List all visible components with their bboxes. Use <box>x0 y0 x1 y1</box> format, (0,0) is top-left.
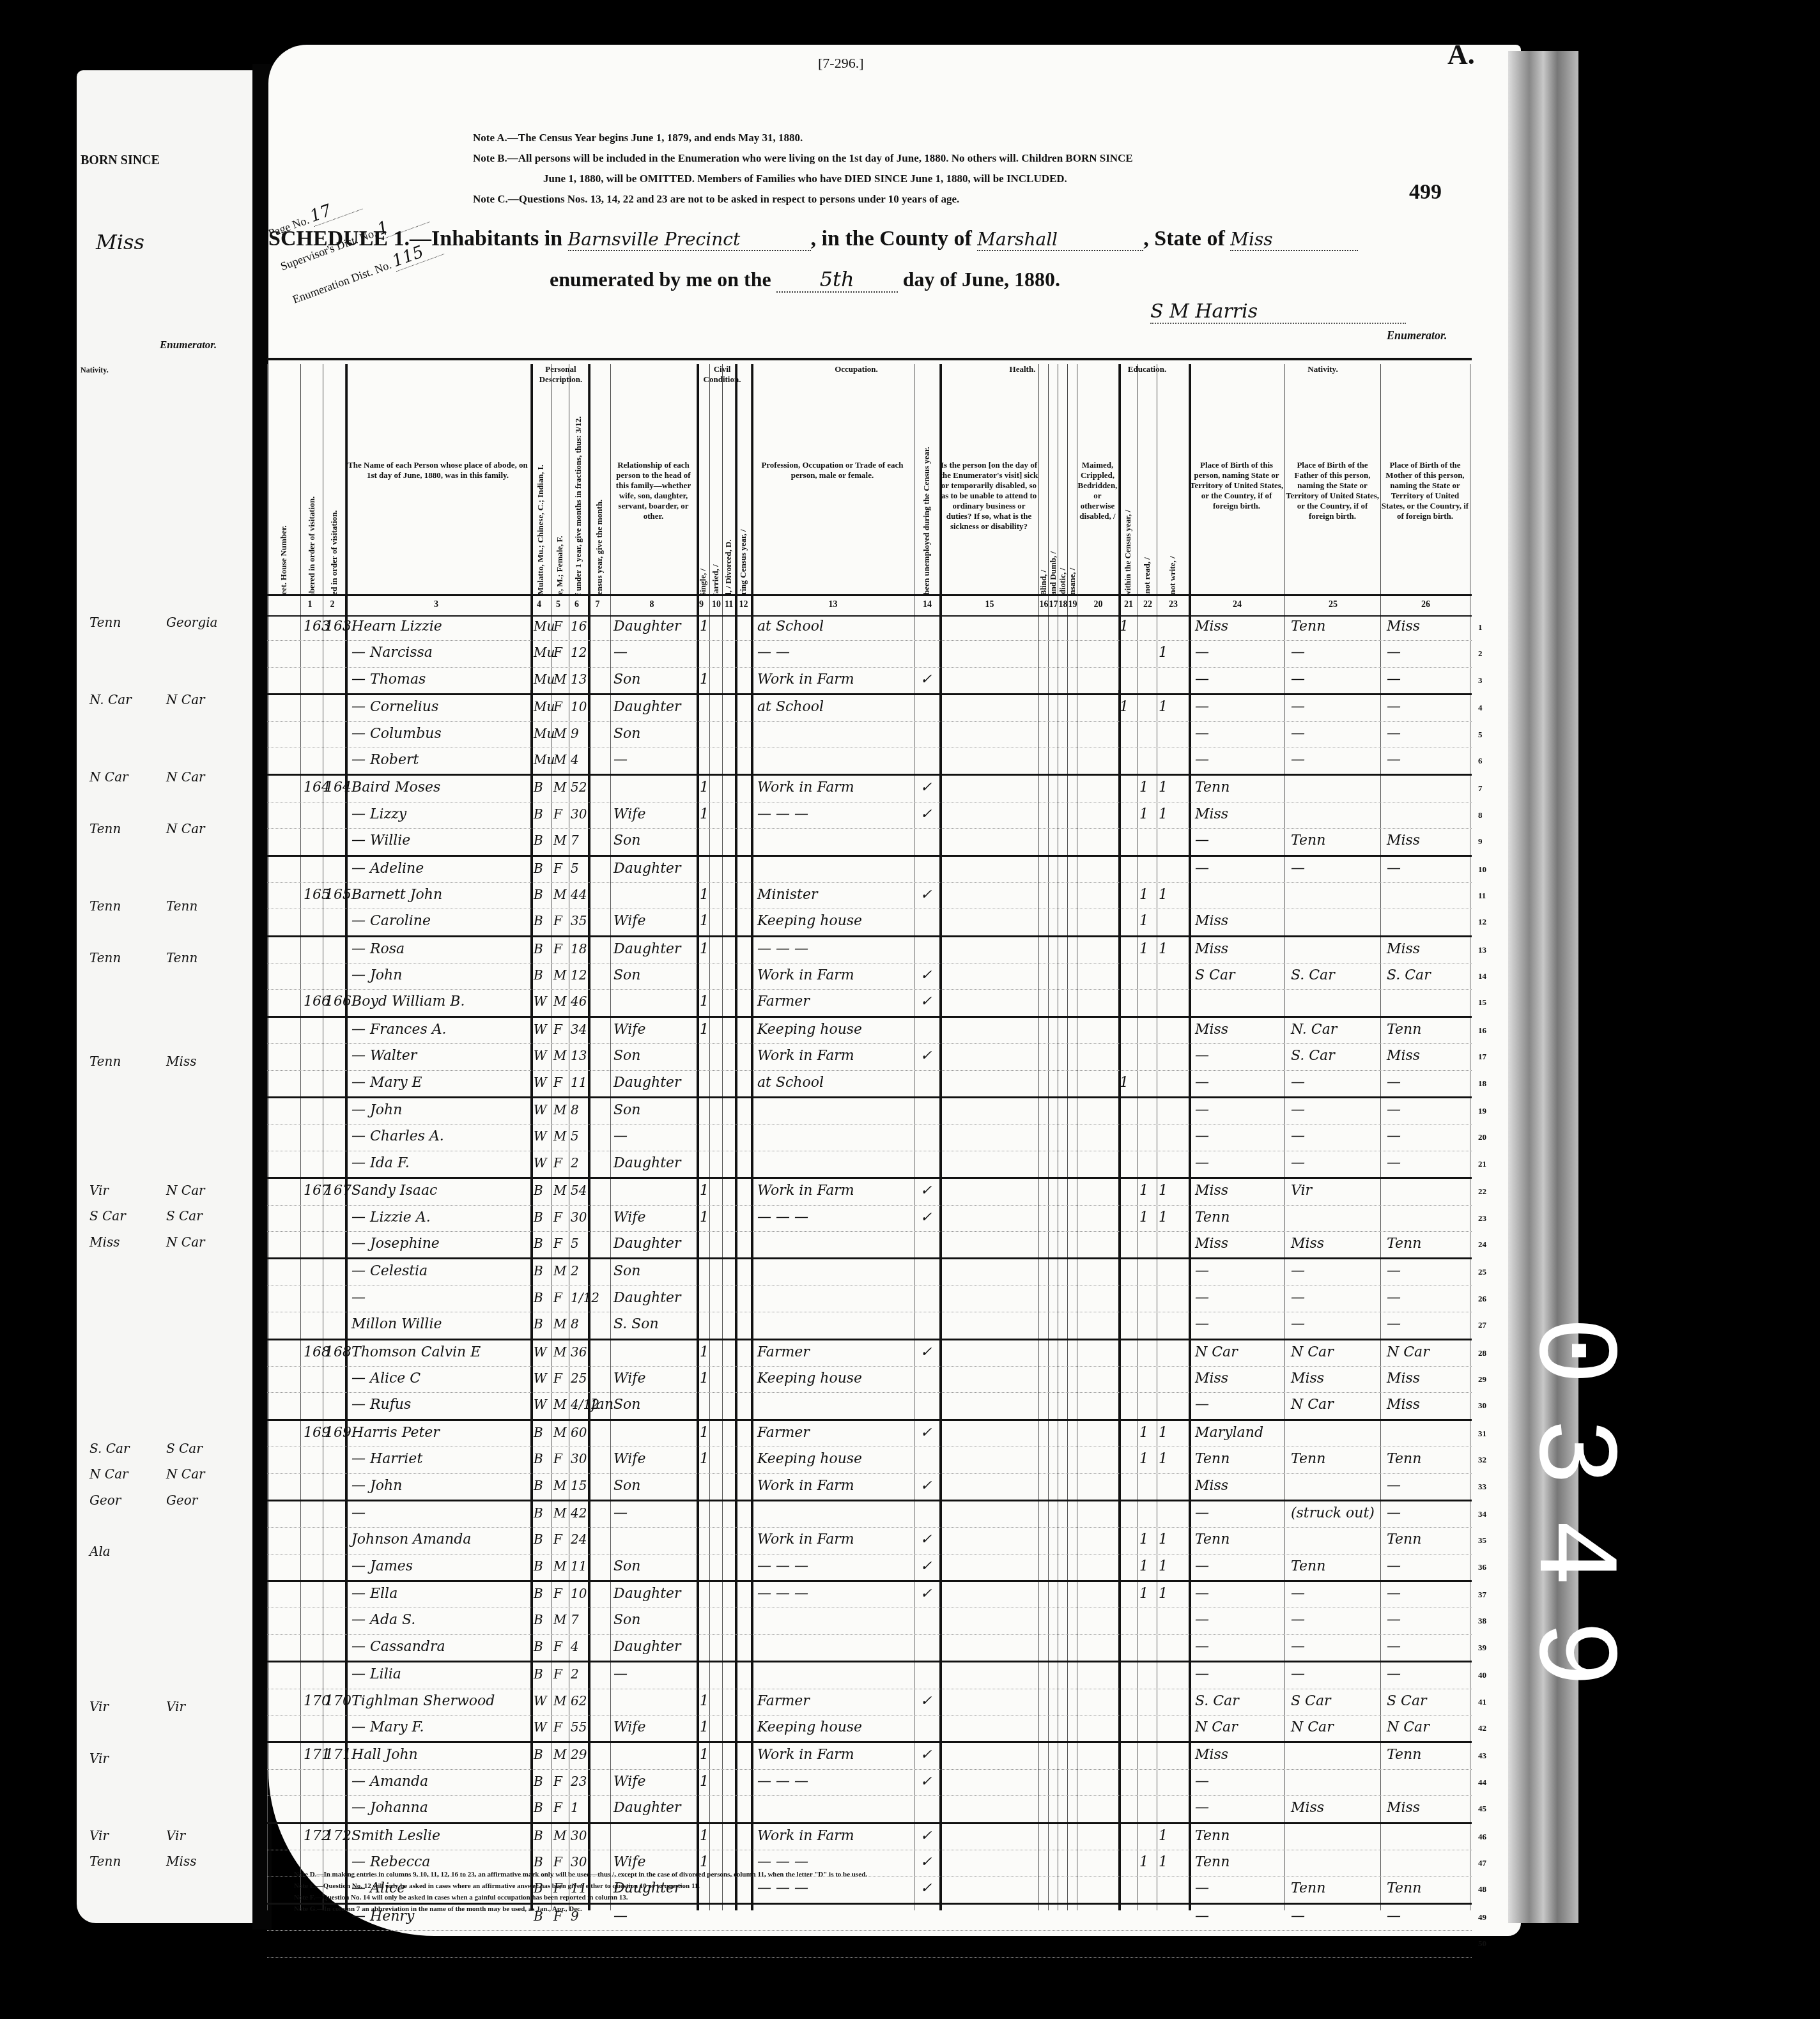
cell-father-birth: — <box>1291 1102 1305 1118</box>
left-mother-birth: Vir <box>166 1828 185 1843</box>
cell-read: 1 <box>1139 887 1148 903</box>
cell-sex: M <box>553 1128 566 1144</box>
column-number: 21 <box>1124 600 1133 610</box>
cell-mother-birth: — <box>1387 1263 1401 1279</box>
cell-father-birth: — <box>1291 645 1305 661</box>
note-b: Note B.—All persons will be included in … <box>473 148 1393 169</box>
footnotes: Note D.—In making entries in columns 9, … <box>294 1869 867 1915</box>
table-row: 50 <box>267 1931 1472 1957</box>
cell-age: 18 <box>571 941 587 956</box>
cell-age: 30 <box>571 1451 587 1466</box>
column-header-7: If born within the Census year, give the… <box>588 364 611 594</box>
cell-sex: F <box>553 645 562 660</box>
column-number: 23 <box>1169 600 1178 610</box>
cell-name: — James <box>351 1558 413 1574</box>
cell-age: 12 <box>571 967 587 983</box>
cell-name: Smith Leslie <box>351 1828 440 1844</box>
cell-mother-birth: — <box>1387 645 1401 661</box>
cell-color: B <box>534 779 543 795</box>
cell-age: 55 <box>571 1719 587 1735</box>
table-row: — Ida F.WF2Daughter———21 <box>267 1151 1472 1179</box>
cell-sex: F <box>553 1532 562 1547</box>
sheet-letter: A. <box>1447 38 1475 71</box>
cell-sex: F <box>553 1075 562 1090</box>
cell-name: — Amanda <box>351 1774 428 1790</box>
cell-school: 1 <box>1120 699 1129 715</box>
cell-relation: Wife <box>613 1451 645 1467</box>
cell-father-birth: — <box>1291 1290 1305 1306</box>
cell-mother-birth: — <box>1387 1316 1401 1332</box>
cell-sex: M <box>553 1505 566 1521</box>
line-number: 33 <box>1478 1482 1486 1492</box>
cell-read: 1 <box>1139 1425 1148 1441</box>
cell-sex: M <box>553 1747 566 1762</box>
cell-relation: Daughter <box>613 1290 681 1306</box>
cell-name: Hall John <box>351 1747 418 1763</box>
table-row: 164164Baird MosesBM521Work in Farm✓11Ten… <box>267 776 1472 802</box>
line-number: 7 <box>1478 783 1483 794</box>
left-mother-birth: N Car <box>166 692 205 707</box>
cell-name: Johnson Amanda <box>351 1532 471 1547</box>
cell-mother-birth: Tenn <box>1387 1022 1421 1038</box>
line-number: 16 <box>1478 1025 1486 1036</box>
cell-sex: F <box>553 1290 562 1305</box>
cell-birth: — <box>1195 699 1209 715</box>
column-header-street: In Cities. Street. House Number. <box>267 364 301 594</box>
cell-write: 1 <box>1159 941 1168 957</box>
cell-birth: — <box>1195 1128 1209 1144</box>
line-number: 45 <box>1478 1804 1486 1814</box>
cell-name: — John <box>351 967 402 983</box>
column-header-11: Widowed, / Divorced, D. <box>722 364 736 594</box>
cell-father-birth: Tenn <box>1291 618 1325 634</box>
left-mother-birth: S Car <box>166 1208 203 1224</box>
table-row: — WalterWM13SonWork in Farm✓—S. CarMiss1… <box>267 1044 1472 1070</box>
column-number: 16 <box>1040 600 1049 610</box>
cell-birth: Miss <box>1195 1236 1228 1252</box>
left-mother-birth: Miss <box>166 1854 196 1869</box>
state-label: , State of <box>1143 227 1224 250</box>
cell-relation: Wife <box>613 806 645 822</box>
cell-birth: Miss <box>1195 1370 1228 1386</box>
cell-age: 1/12 <box>571 1290 599 1305</box>
column-header-17: Deaf and Dumb, / <box>1048 364 1058 594</box>
line-number: 21 <box>1478 1159 1486 1169</box>
cell-color: B <box>534 1478 543 1493</box>
cell-color: W <box>534 1075 547 1090</box>
table-row: — WillieBM7Son—TennMiss9 <box>267 829 1472 856</box>
cell-color: W <box>534 1102 547 1117</box>
cell-mother-birth: — <box>1387 1639 1401 1655</box>
cell-birth: Maryland <box>1195 1425 1263 1441</box>
place-value: Barnsville Precinct <box>568 229 811 251</box>
cell-color: B <box>534 833 543 848</box>
cell-sex: F <box>553 1236 562 1251</box>
line-number: 5 <box>1478 730 1483 740</box>
cell-name: — Harriet <box>351 1451 422 1467</box>
cell-sex: F <box>553 1639 562 1654</box>
left-father-birth: Tenn <box>89 1854 121 1869</box>
cell-name: — <box>351 1505 366 1521</box>
cell-age: 4 <box>571 1639 579 1654</box>
table-top-rule <box>267 358 1472 360</box>
cell-family: 169 <box>325 1425 351 1441</box>
cell-read: 1 <box>1139 1558 1148 1574</box>
cell-birth: — <box>1195 1397 1209 1413</box>
table-row: Millon WillieBM8S. Son———27 <box>267 1312 1472 1340</box>
cell-occupation: Work in Farm <box>757 672 854 687</box>
cell-relation: Wife <box>613 1719 645 1735</box>
cell-age: 16 <box>571 618 587 634</box>
line-number: 32 <box>1478 1455 1486 1465</box>
cell-father-birth: N Car <box>1291 1344 1334 1360</box>
cell-occupation: Keeping house <box>757 913 862 929</box>
cell-school: 1 <box>1120 1075 1129 1091</box>
left-father-birth: Vir <box>89 1699 109 1714</box>
cell-color: W <box>534 1128 547 1144</box>
line-number: 13 <box>1478 945 1486 955</box>
cell-father-birth: — <box>1291 1155 1305 1171</box>
cell-name: — Caroline <box>351 913 431 929</box>
cell-unemp: ✓ <box>920 779 932 795</box>
line-number: 22 <box>1478 1186 1486 1197</box>
line-number: 43 <box>1478 1751 1486 1761</box>
cell-read: 1 <box>1139 1209 1148 1225</box>
cell-mother-birth: — <box>1387 752 1401 768</box>
cell-birth: — <box>1195 1800 1209 1816</box>
cell-mother-birth: Miss <box>1387 941 1420 957</box>
cell-civil: 1 <box>700 1854 709 1870</box>
cell-name: — Willie <box>351 833 410 848</box>
cell-mother-birth: Tenn <box>1387 1451 1421 1467</box>
note-c: Note C.—Questions Nos. 13, 14, 22 and 23… <box>473 189 1393 210</box>
cell-unemp: ✓ <box>920 1183 932 1199</box>
cell-father-birth: — <box>1291 699 1305 715</box>
line-number: 10 <box>1478 864 1486 875</box>
cell-color: Mu <box>534 752 555 767</box>
line-number: 8 <box>1478 810 1483 820</box>
cell-father-birth: — <box>1291 1316 1305 1332</box>
cell-birth: Tenn <box>1195 1854 1230 1870</box>
cell-occupation: — — — <box>757 1209 808 1225</box>
cell-color: W <box>534 1397 547 1412</box>
cell-mother-birth: — <box>1387 1586 1401 1602</box>
left-father-birth: Vir <box>89 1751 109 1766</box>
cell-father-birth: — <box>1291 1612 1305 1628</box>
cell-sex: M <box>553 726 566 741</box>
left-page-state: Miss <box>96 230 144 254</box>
line-number: 49 <box>1478 1912 1486 1923</box>
cell-mother-birth: N Car <box>1387 1344 1430 1360</box>
cell-name: — Narcissa <box>351 645 433 661</box>
cell-name: — John <box>351 1102 402 1118</box>
cell-occupation: Keeping house <box>757 1370 862 1386</box>
cell-occupation: — — — <box>757 1774 808 1790</box>
left-mother-birth: Tenn <box>166 898 197 914</box>
cell-age: 5 <box>571 1128 579 1144</box>
cell-name: — Celestia <box>351 1263 428 1279</box>
column-number: 12 <box>739 600 748 610</box>
cell-unemp: ✓ <box>920 1344 932 1360</box>
cell-sex: M <box>553 752 566 767</box>
cell-relation: Son <box>613 1558 641 1574</box>
cell-mother-birth: S Car <box>1387 1693 1427 1709</box>
stamped-page-number: 499 <box>1409 180 1442 204</box>
cell-relation: Son <box>613 1048 641 1064</box>
cell-father-birth: — <box>1291 1666 1305 1682</box>
column-number: 7 <box>596 600 600 610</box>
cell-color: B <box>534 967 543 983</box>
cell-mother-birth: — <box>1387 1505 1401 1521</box>
cell-mother-birth: — <box>1387 1558 1401 1574</box>
left-father-birth: S Car <box>89 1208 126 1224</box>
cell-relation: — <box>613 1128 628 1144</box>
table-row: — AdelineBF5Daughter———10 <box>267 857 1472 883</box>
cell-unemp: ✓ <box>920 1586 932 1602</box>
cell-name: — Rufus <box>351 1397 411 1413</box>
table-row: — JamesBM11Son— — —✓11—Tenn—36 <box>267 1555 1472 1582</box>
cell-relation: Daughter <box>613 699 681 715</box>
cell-father-birth: — <box>1291 1263 1305 1279</box>
line-number: 36 <box>1478 1562 1486 1572</box>
cell-sex: M <box>553 1397 566 1412</box>
line-number: 40 <box>1478 1670 1486 1680</box>
cell-birth: Tenn <box>1195 779 1230 795</box>
cell-family: 166 <box>325 994 351 1009</box>
cell-mother-birth: Tenn <box>1387 1236 1421 1252</box>
cell-color: B <box>534 1425 543 1440</box>
cell-age: 36 <box>571 1344 587 1360</box>
cell-age: 60 <box>571 1425 587 1440</box>
cell-name: Sandy Isaac <box>351 1183 437 1199</box>
cell-father-birth: N. Car <box>1291 1022 1337 1038</box>
cell-age: 44 <box>571 887 587 902</box>
left-father-birth: Tenn <box>89 950 121 965</box>
cell-name: — Lizzie A. <box>351 1209 431 1225</box>
column-number: 14 <box>923 600 932 610</box>
cell-sex: M <box>553 1344 566 1360</box>
cell-occupation: Work in Farm <box>757 1747 854 1763</box>
cell-relation: S. Son <box>613 1316 659 1332</box>
cell-sex: F <box>553 1774 562 1789</box>
table-row: Johnson AmandaBF24Work in Farm✓11TennTen… <box>267 1528 1472 1554</box>
cell-age: 30 <box>571 1854 587 1869</box>
cell-family: 165 <box>325 887 351 903</box>
column-number: 19 <box>1068 600 1077 610</box>
column-number: 17 <box>1049 600 1058 610</box>
county-label: , in the County of <box>811 227 972 250</box>
cell-sex: F <box>553 1370 562 1386</box>
table-row: — ColumbusMuM9Son———5 <box>267 722 1472 748</box>
cell-color: B <box>534 1639 543 1654</box>
cell-age: 8 <box>571 1102 579 1117</box>
cell-relation: Son <box>613 1102 641 1118</box>
column-header-4: Color—White, W.; Black, B.; Mulatto, Mu.… <box>530 364 551 594</box>
cell-color: B <box>534 1236 543 1251</box>
cell-birth: Miss <box>1195 806 1228 822</box>
cell-civil: 1 <box>700 994 709 1009</box>
cell-age: 25 <box>571 1370 587 1386</box>
line-number: 50 <box>1478 1938 1486 1949</box>
cell-father-birth: N Car <box>1291 1719 1334 1735</box>
cell-color: B <box>534 1666 543 1682</box>
line-number: 46 <box>1478 1832 1486 1842</box>
cell-sex: F <box>553 1854 562 1869</box>
cell-color: Mu <box>534 726 555 741</box>
cell-sex: F <box>553 1209 562 1225</box>
cell-birth: — <box>1195 1290 1209 1306</box>
cell-birth: — <box>1195 1102 1209 1118</box>
cell-birth: — <box>1195 1612 1209 1628</box>
column-header-5: Sex—Male, M.; Female, F. <box>551 364 569 594</box>
schedule-prefix: SCHEDULE 1.—Inhabitants in <box>268 227 562 250</box>
line-number: 47 <box>1478 1858 1486 1868</box>
cell-occupation: Work in Farm <box>757 779 854 795</box>
cell-unemp: ✓ <box>920 967 932 983</box>
table-row: — CorneliusMuF10Daughterat School11———4 <box>267 695 1472 721</box>
cell-write: 1 <box>1159 887 1168 903</box>
cell-birth: Tenn <box>1195 1451 1230 1467</box>
table-row: — JosephineBF5DaughterMissMissTenn24 <box>267 1232 1472 1259</box>
cell-color: B <box>534 887 543 902</box>
cell-sex: F <box>553 1800 562 1815</box>
cell-occupation: — — — <box>757 1558 808 1574</box>
note-b-cont: June 1, 1880, will be OMITTED. Members o… <box>473 169 1393 189</box>
cell-sex: M <box>553 887 566 902</box>
cell-age: 9 <box>571 726 579 741</box>
left-mother-birth: N Car <box>166 821 205 836</box>
cell-name: — Mary F. <box>351 1719 424 1735</box>
left-father-birth: N. Car <box>89 692 132 707</box>
left-father-birth: N Car <box>89 1466 128 1482</box>
left-mother-birth: N Car <box>166 769 205 785</box>
cell-birth: Miss <box>1195 618 1228 634</box>
cell-family: 164 <box>325 779 351 795</box>
cell-sex: M <box>553 1828 566 1843</box>
enumerator-signature: S M Harris <box>1150 300 1406 324</box>
cell-occupation: Farmer <box>757 1425 810 1441</box>
line-number: 20 <box>1478 1132 1486 1142</box>
cell-mother-birth: Tenn <box>1387 1880 1421 1896</box>
table-row: — JohannaBF1Daughter—MissMiss45 <box>267 1796 1472 1823</box>
cell-age: 1 <box>571 1800 579 1815</box>
cell-civil: 1 <box>700 1183 709 1199</box>
line-number: 39 <box>1478 1643 1486 1653</box>
frame-number-stamp: 0349 <box>1506 1316 1636 1720</box>
line-number: 1 <box>1478 622 1483 633</box>
cell-name: Baird Moses <box>351 779 440 795</box>
cell-age: 29 <box>571 1747 587 1762</box>
column-numbers: 1234567891011121314151617181920212223242… <box>267 594 1472 617</box>
cell-father-birth: Miss <box>1291 1370 1324 1386</box>
cell-color: B <box>534 1747 543 1762</box>
cell-write: 1 <box>1159 806 1168 822</box>
cell-unemp: ✓ <box>920 1209 932 1225</box>
cell-father-birth: Miss <box>1291 1236 1324 1252</box>
cell-mother-birth: Miss <box>1387 833 1420 848</box>
left-mother-birth: N Car <box>166 1183 205 1198</box>
cell-occupation: Work in Farm <box>757 1048 854 1064</box>
cell-birth: — <box>1195 1639 1209 1655</box>
cell-age: 7 <box>571 1612 579 1627</box>
cell-civil: 1 <box>700 618 709 634</box>
cell-unemp: ✓ <box>920 1693 932 1709</box>
table-row: — CarolineBF35Wife1Keeping house1Miss12 <box>267 909 1472 937</box>
cell-age: 62 <box>571 1693 587 1708</box>
cell-age: 13 <box>571 672 587 687</box>
cell-civil: 1 <box>700 887 709 903</box>
cell-civil: 1 <box>700 1747 709 1763</box>
cell-sex: F <box>553 618 562 634</box>
cell-unemp: ✓ <box>920 1478 932 1494</box>
cell-relation: Son <box>613 967 641 983</box>
cell-birth: — <box>1195 1155 1209 1171</box>
cell-unemp: ✓ <box>920 887 932 903</box>
table-row: 171171Hall JohnBM291Work in Farm✓MissTen… <box>267 1743 1472 1769</box>
cell-color: B <box>534 806 543 822</box>
line-number: 14 <box>1478 971 1486 981</box>
cell-occupation: Farmer <box>757 994 810 1009</box>
line-number: 28 <box>1478 1348 1486 1358</box>
cell-birth: — <box>1195 1316 1209 1332</box>
column-header-12: Married during Census year, / <box>735 364 752 594</box>
cell-birth: Miss <box>1195 913 1228 929</box>
cell-unemp: ✓ <box>920 1532 932 1547</box>
cell-birth: — <box>1195 833 1209 848</box>
cell-age: 10 <box>571 699 587 714</box>
column-header-14: Number of months this person has been un… <box>914 364 940 594</box>
cell-unemp: ✓ <box>920 672 932 687</box>
left-mother-birth: Miss <box>166 1054 196 1069</box>
cell-family: 167 <box>325 1183 351 1199</box>
cell-family: 170 <box>325 1693 351 1709</box>
cell-sex: F <box>553 913 562 928</box>
column-number: 10 <box>712 600 721 610</box>
cell-color: B <box>534 861 543 876</box>
column-header-18: Idiotic, / <box>1058 364 1068 594</box>
cell-mother-birth: Miss <box>1387 1370 1420 1386</box>
enumerated-day: 5th <box>776 267 898 293</box>
cell-sex: F <box>553 1719 562 1735</box>
cell-mother-birth: Tenn <box>1387 1747 1421 1763</box>
cell-relation: Wife <box>613 1854 645 1870</box>
cell-name: — Columbus <box>351 726 442 742</box>
cell-age: 5 <box>571 1236 579 1251</box>
cell-relation: Son <box>613 726 641 742</box>
line-number: 2 <box>1478 649 1483 659</box>
cell-read: 1 <box>1139 1586 1148 1602</box>
table-row: — Frances A.WF34Wife1Keeping houseMissN.… <box>267 1018 1472 1044</box>
table-row: — JohnWM8Son———19 <box>267 1098 1472 1125</box>
cell-color: W <box>534 1155 547 1171</box>
column-number: 2 <box>330 600 335 610</box>
cell-name: — Ada S. <box>351 1612 415 1628</box>
table-row: — Ada S.BM7Son———38 <box>267 1608 1472 1634</box>
cell-relation: Daughter <box>613 1075 681 1091</box>
cell-age: 2 <box>571 1263 579 1278</box>
instruction-notes: Note A.—The Census Year begins June 1, 1… <box>473 128 1393 210</box>
census-rows: 163163Hearn LizzieMuF16Daughter1at Schoo… <box>267 615 1472 1958</box>
cell-color: B <box>534 1774 543 1789</box>
cell-father-birth: Tenn <box>1291 833 1325 848</box>
cell-age: 46 <box>571 994 587 1009</box>
cell-name: — Rosa <box>351 941 405 957</box>
cell-relation: Daughter <box>613 941 681 957</box>
line-number: 35 <box>1478 1535 1486 1546</box>
cell-mother-birth: Miss <box>1387 618 1420 634</box>
cell-occupation: — — — <box>757 1586 808 1602</box>
cell-mother-birth: — <box>1387 1478 1401 1494</box>
